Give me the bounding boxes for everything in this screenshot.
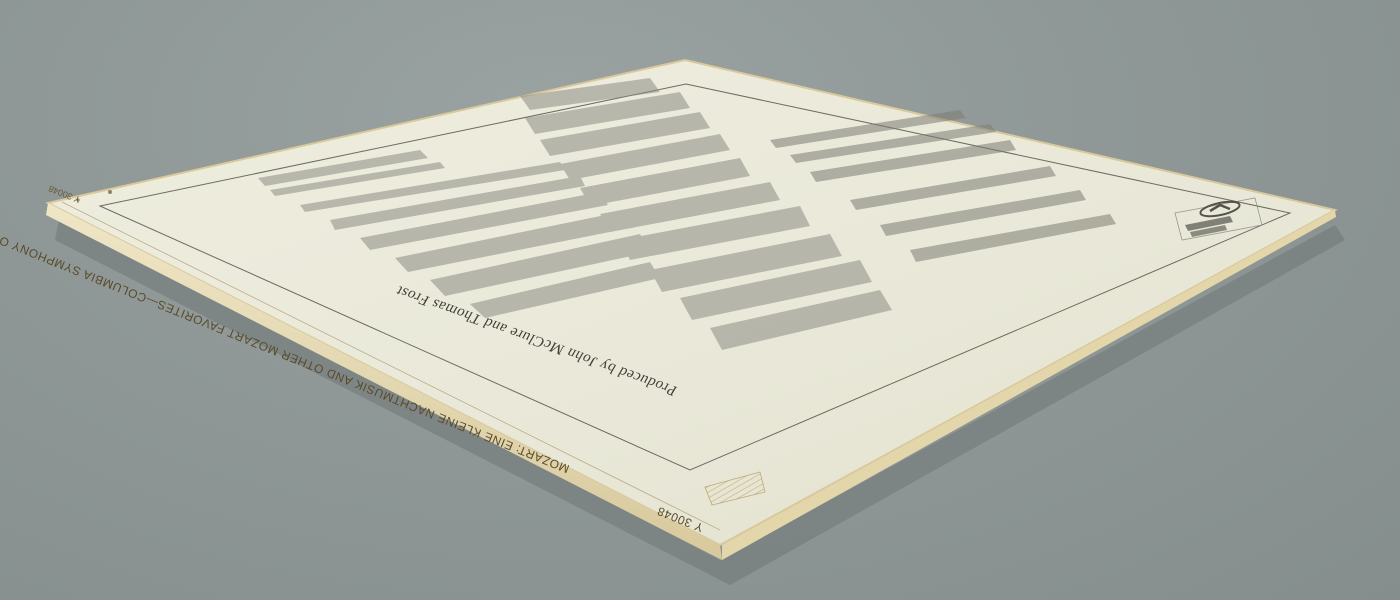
photo-scene: Produced by John McClure and Thomas Fros…: [0, 0, 1400, 600]
record-sleeve: [0, 0, 1400, 600]
